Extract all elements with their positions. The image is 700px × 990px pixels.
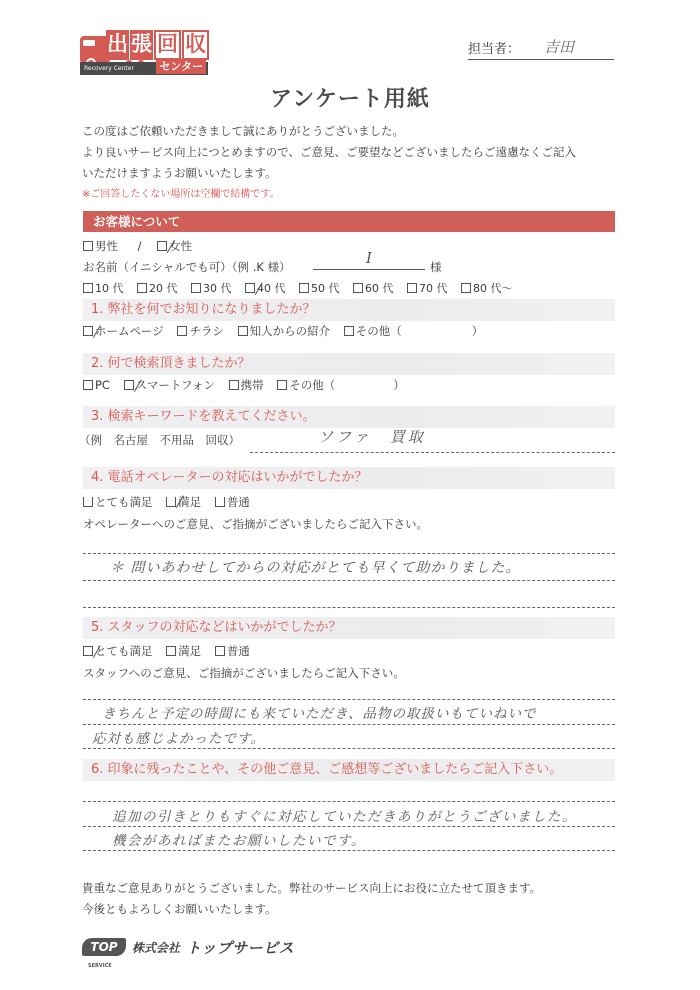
q4-comment[interactable]: ＊ 問いあわせしてからの対応がとても早くて助かりました。 [110,557,520,577]
q5-comment-line-1[interactable]: きちんと予定の時間にも来ていただき、品物の取扱いもていねいで [102,702,536,722]
age-option[interactable]: 50 代 [299,280,340,296]
checkbox[interactable] [137,283,147,293]
q2-option-pc[interactable]: PC [83,378,110,392]
q6-comment-line-1[interactable]: 追加の引きとりもすぐに対応していただきありがとうございました。 [112,805,577,825]
checkbox[interactable] [344,326,354,336]
age-option[interactable]: 40 代 [245,280,286,296]
checkbox[interactable] [215,646,225,656]
checkbox[interactable] [177,326,187,336]
q4-options: とても満足 満足 普通 [83,494,260,510]
age-option[interactable]: 70 代 [407,280,448,296]
checkbox[interactable] [461,283,471,293]
gender-option-male[interactable]: 男性 [83,238,118,254]
q5-option-satisfied[interactable]: 満足 [166,643,201,659]
answer-line [83,850,615,851]
company-prefix: 株式会社 [132,939,180,956]
page-title: アンケート用紙 [0,82,700,113]
checkbox[interactable] [191,283,201,293]
gender-row: 男性 / 女性 [83,238,202,254]
checkbox[interactable] [83,241,93,251]
age-row: 10 代 20 代 30 代 40 代 50 代 60 代 70 代 80 代～ [83,280,523,296]
checkbox[interactable] [83,380,93,390]
answer-line [83,580,615,581]
question-5-header: 5. スタッフの対応などはいかがでしたか？ [83,617,615,639]
name-suffix: 様 [430,259,442,275]
q5-option-very-satisfied[interactable]: とても満足 [83,643,153,659]
q4-option-satisfied[interactable]: 満足 [166,494,201,510]
q1-option-flyer[interactable]: チラシ [177,323,224,339]
checkbox[interactable] [166,646,176,656]
q2-option-other[interactable]: その他（） [277,377,405,393]
checkbox[interactable] [353,283,363,293]
optional-note: ※ご回答したくない場所は空欄で結構です。 [82,185,280,200]
logo-tagline-bar: Recovery Center センター [80,62,208,75]
question-3-header: 3. 検索キーワードを教えてください。 [83,406,615,428]
answer-line [83,724,615,725]
checkbox-checked[interactable] [157,241,167,251]
answer-line [83,826,615,827]
age-option[interactable]: 10 代 [83,280,124,296]
q4-option-very-satisfied[interactable]: とても満足 [83,494,153,510]
q5-option-normal[interactable]: 普通 [215,643,250,659]
q1-options: ホームページ チラシ 知人からの紹介 その他（） [83,323,493,339]
q2-options: PC スマートフォン 携帯 その他（） [83,377,415,393]
question-4-header: 4. 電話オペレーターの対応はいかがでしたか？ [83,467,615,489]
checkbox[interactable] [83,497,93,507]
staff-label: 担当者： [468,38,520,57]
checkbox-checked[interactable] [124,380,134,390]
q5-comment-prompt: スタッフへのご意見、ご指摘がございましたらご記入下さい。 [83,665,405,681]
q6-comment-line-2[interactable]: 機会があればまたお願いしたいです。 [112,829,366,849]
checkbox-checked[interactable] [83,326,93,336]
checkbox-checked[interactable] [83,646,93,656]
answer-line [83,607,615,608]
age-option[interactable]: 60 代 [353,280,394,296]
customer-section-header: お客様について [83,211,615,232]
name-row: お名前（イニシャルでも可）（例 .K 様） [83,259,291,275]
recovery-center-logo: 出 張 回 収 Recovery Center センター [80,30,208,76]
checkbox[interactable] [238,326,248,336]
checkbox[interactable] [83,283,93,293]
answer-line [83,748,615,749]
answer-line [83,553,615,554]
closing-message: 貴重なご意見ありがとうございました。弊社のサービス向上にお役に立たせて頂きます。… [82,878,541,920]
q4-comment-prompt: オペレーターへのご意見、ご指摘がございましたらご記入下さい。 [83,516,428,532]
checkbox[interactable] [277,380,287,390]
checkbox-checked[interactable] [166,497,176,507]
age-option[interactable]: 20 代 [137,280,178,296]
name-input[interactable]: I [313,254,425,270]
q2-option-smartphone[interactable]: スマートフォン [124,377,215,393]
intro-text: この度はご依頼いただきまして誠にありがとうございました。 より良いサービス向上に… [82,121,622,184]
answer-line [83,699,615,700]
age-option[interactable]: 30 代 [191,280,232,296]
checkbox-checked[interactable] [245,283,255,293]
company-name: トップサービス [186,937,294,958]
q5-options: とても満足 満足 普通 [83,643,260,659]
staff-field: 担当者： 吉田 [468,36,614,60]
checkbox[interactable] [229,380,239,390]
staff-signature: 吉田 [544,36,574,57]
q1-option-referral[interactable]: 知人からの紹介 [238,323,331,339]
q2-option-mobile[interactable]: 携帯 [229,377,264,393]
name-label: お名前（イニシャルでも可）（例 .K 様） [83,260,291,274]
gender-option-female[interactable]: 女性 [157,238,192,254]
question-2-header: 2. 何で検索頂きましたか？ [83,353,615,375]
q3-answer[interactable]: ソファ 買取 [318,426,426,447]
q5-comment-line-2[interactable]: 応対も感じよかったです。 [92,727,265,747]
checkbox[interactable] [299,283,309,293]
age-option[interactable]: 80 代～ [461,280,513,296]
q3-example: （例 名古屋 不用品 回収） [79,432,240,448]
q4-option-normal[interactable]: 普通 [215,494,250,510]
q1-option-homepage[interactable]: ホームページ [83,323,164,339]
q1-option-other[interactable]: その他（） [344,323,484,339]
answer-line [83,801,615,802]
company-logo: TOP SERVICE 株式会社 トップサービス [82,933,294,961]
question-6-header: 6. 印象に残ったことや、その他ご意見、ご感想等ございましたらご記入下さい。 [83,759,615,781]
question-1-header: 1. 弊社を何でお知りになりましたか？ [83,299,615,321]
checkbox[interactable] [215,497,225,507]
top-service-logo: TOP SERVICE [82,938,126,956]
answer-line [250,452,615,453]
logo-title: 出 張 回 収 [106,30,209,60]
checkbox[interactable] [407,283,417,293]
